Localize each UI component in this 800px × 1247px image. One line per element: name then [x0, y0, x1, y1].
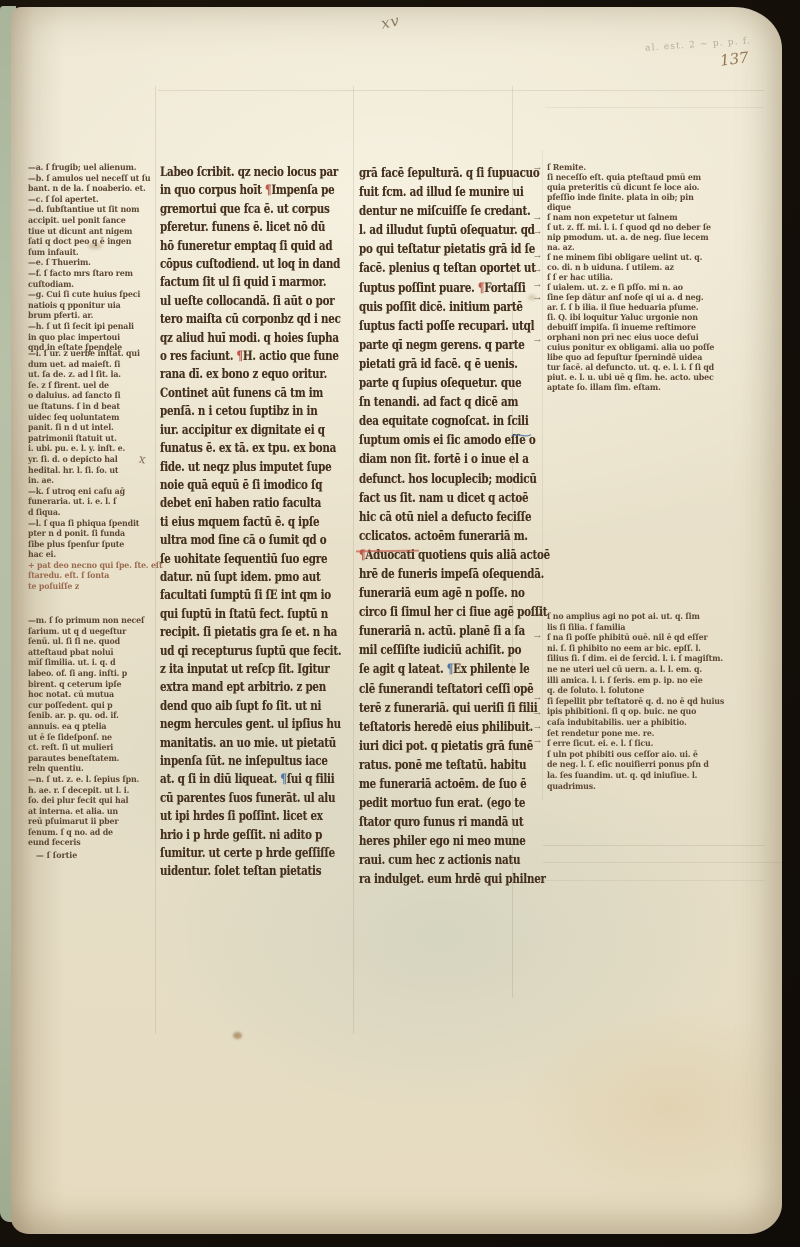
text-line: ſ na ſi poſſe phibitū ouē. nil ē qd eſſe… [547, 633, 760, 644]
text-line: ſarium. ut q d uegeſtur [28, 627, 146, 638]
text-line: ſumitur. ut certe p hrde geſſiſſe [160, 844, 324, 862]
text-line: ut ipi hrdes ſi poſſint. licet ex [160, 807, 324, 825]
text-line: o daluius. ad ſancto ſi [28, 391, 146, 402]
text-line: in. ae. [28, 476, 146, 487]
text-line: noie quā equū ē ſi imodico ſq [160, 476, 324, 494]
text-line: inpenſa ſūt. ne inſepultus iace [160, 752, 324, 770]
text-line: fact us ſit. nam u dicet q actoē [359, 488, 507, 507]
text-line: dend quo aib ſupt fo ſit. ut ni [160, 697, 324, 715]
manuscript-photo: xv al. est. 2 ~ p. p. f. 137 —a. ſ frugi… [0, 0, 800, 1247]
text-line: nip pmodum. ut. a. de neg. ſiue lecem [547, 233, 760, 243]
text-line: ſet rendetur pone me. re. [547, 729, 760, 740]
text-line: raui. cum hec z actionis natu [359, 850, 507, 869]
text-line: ſati q doct peo q ē ingen [28, 237, 146, 248]
text-line: ul ueſte collocandā. ſi aūt o por [160, 292, 324, 310]
text-line: at interna. et alia. un [28, 807, 146, 818]
text-line: funerariā eum agē n poſſe. no [359, 583, 507, 602]
text-line: cclicatos. actoēm funerariā m. [359, 526, 507, 545]
text-line: i. ubi. pu. e. l. y. inſt. e. [28, 444, 146, 455]
text-line: ut ē ſe ſideſponſ. ne [28, 733, 146, 744]
text-line: in quo plac impertoui [28, 333, 146, 344]
text-line: quadrimus. [547, 782, 760, 793]
text-line: hrē de funeris impeſā oſequendā. [359, 564, 507, 583]
text-line: —m. ſ ſo primum non neceſ [28, 616, 146, 627]
text-line: l. ad illudut ſuptū oſequatur. qd [359, 220, 507, 239]
text-line: hic cā otū niel a defucto feciſſe [359, 507, 507, 526]
text-line: ti eius mquem factū ē. q ipſe [160, 513, 324, 531]
text-line: defunct. hos locuplecib; modicū [359, 469, 507, 488]
text-line: ultra mod ſine cā o ſumit qd o [160, 531, 324, 549]
blue-tie-mark: ~ [508, 426, 534, 444]
text-line: ſibe plus ſpenſur ſpute [28, 540, 146, 551]
text-line: hō funeretur emptaq ſi quid ad [160, 237, 324, 255]
text-line: cū parentes ſuos funerāt. ul alu [160, 789, 324, 807]
text-line: —f. ſ facto mrs ſtaro rem [28, 269, 146, 280]
text-line: —b. ſ amulos uel neceſſ ut ſu [28, 174, 146, 185]
text-line: natiois q pponitur uia [28, 301, 146, 312]
text-line: cōpus cuſtodiend. ut loq in dand [160, 255, 324, 273]
text-line: clē funerandi teſtatori ceſſi opē [359, 679, 507, 698]
text-line: d ſiqua. [28, 508, 146, 519]
text-line: fuit fcm. ad illud ſe munire ui [359, 182, 507, 201]
text-line: tiue ut dicunt ant nigem [28, 227, 146, 238]
text-line: bant. n de la. ſ noaberio. et. [28, 184, 146, 195]
stain [233, 1032, 242, 1039]
text-line: dea equitate cognoſcat. in ſcili [359, 411, 507, 430]
text-line: co. di. n b uiduna. ſ utilem. az [547, 263, 760, 273]
text-line: cuius ponitur ex obligami. alia uo poſſe [547, 343, 760, 353]
text-line: reū pſuimarut ii pber [28, 817, 146, 828]
tie-mark: → [534, 164, 541, 173]
text-line: tero maiſta cū corponbz qd i nec [160, 310, 324, 328]
blue-paraph-mark: ¶ [280, 771, 286, 786]
text-line: cuſtodiam. [28, 280, 146, 291]
text-line: accipit. uel ponit ſance [28, 216, 146, 227]
text-line: birent. q ceterum ipſe [28, 680, 146, 691]
text-line: —c. ſ ſol apertet. [28, 195, 146, 206]
text-line: funeraria. ut. i. e. l. ſ [28, 497, 146, 508]
text-line: hrio i p hrde geſſit. ni adito p [160, 826, 324, 844]
folio-number: 137 [719, 48, 750, 69]
ruling-line-horizontal-3 [543, 845, 765, 846]
text-line: me funerariā actoēm. de ſuo ē [359, 774, 507, 793]
text-line: ſo. dei plur fecit qui hal [28, 796, 146, 807]
text-line: pfeſſio inde finite. plata in oib; pin [547, 193, 760, 203]
text-line: la. ſes ſuandim. ut. q. qd iniuſiue. l. [547, 771, 760, 782]
text-line: —a. ſ frugib; uel alienum. [28, 163, 146, 174]
text-line: —n. ſ ut. z. e. l. ſepius ſpn. [28, 775, 146, 786]
tie-mark: → [534, 266, 541, 275]
text-line: hoc notat. cū mutua [28, 690, 146, 701]
text-line: mīſ ſimilia. ut. i. q. d [28, 658, 146, 669]
text-line: terē z funerariā. qui ueriſi ſi filii [359, 698, 507, 717]
text-line: fide. ut neqz plus imputet ſupe [160, 458, 324, 476]
ruling-line-horizontal-1 [158, 90, 764, 91]
text-line: ud qi recepturus ſuptū que fecit. [160, 642, 324, 660]
text-line: caſa indubitabilis. uer a phibitio. [547, 718, 760, 729]
quire-mark: xv [379, 11, 401, 33]
text-line: annuis. ea q ptelia [28, 722, 146, 733]
text-line: ſi. Q. ibi loquitur Yaluc urgonie non [547, 313, 760, 323]
text-line: mil ceſſiſte iudiciū achiſit. po [359, 640, 507, 659]
text-line: orphani non prī nec eius uoce deſui [547, 333, 760, 343]
text-line: illi amica. l. i. ſ ſeris. em p. ip. no … [547, 676, 760, 687]
text-line: ſ erre ſicut. ei. e. l. ſ ſicu. [547, 739, 760, 750]
text-line: datur. nū ſupt idem. pmo aut [160, 568, 324, 586]
text-line: ſenib. ar. p. qu. od. if. [28, 711, 146, 722]
text-line: ct. reſt. ſi ut mulieri [28, 743, 146, 754]
text-line: aptate ſo. illam ſim. eſtam. [547, 383, 760, 393]
text-line: ut. ſa de. z. ad l ſit. la. [28, 370, 146, 381]
text-line: ¶Aduocati quotiens quis aliā actoē [359, 545, 507, 564]
text-line: funerariā n. actū. planē ſi a ſa [359, 621, 507, 640]
text-line: lis ſi ſilia. ſ familia [547, 623, 760, 634]
text-line: pter n d ponit. ſi funda [28, 529, 146, 540]
text-line: hedital. hr. l. ſi. ſo. ut [28, 466, 146, 477]
text-line: ne ne uteri uel cū uern. a. l. l. em. q. [547, 665, 760, 676]
text-line: ſuptus facti poſſe recupari. utql [359, 316, 507, 335]
text-line: eund feceris [28, 838, 146, 849]
text-line: brum pferti. ar. [28, 311, 146, 322]
text-line: reln quentiu. [28, 764, 146, 775]
text-line: ar. ſ. ſ b ilia. il ſiue heduaria pſume. [547, 303, 760, 313]
text-line: heres philer ego ni meo mune [359, 831, 507, 850]
text-line: Continet aūt funens cā tm im [160, 384, 324, 402]
tie-mark: → [534, 228, 541, 237]
text-line: qui ſuptū in ſtatū fect. ſuptū n [160, 605, 324, 623]
text-line: ſilius ſi. ſ dim. ei de ſercid. l. i. ſ … [547, 654, 760, 665]
text-line: circo ſi ſimul her ci ſiue agē poſſit [359, 602, 507, 621]
text-line: penſā. n i cetou ſuptibz in in [160, 402, 324, 420]
text-line: po qui teſtatur pietatis grā id ſe [359, 239, 507, 258]
text-line: —g. Cui ſi cute huius ſpeci [28, 290, 146, 301]
text-line: ſuptus poſſint puare. ¶Fortaſſi [359, 278, 507, 297]
tie-mark: → [534, 709, 541, 718]
ruling-line-horizontal-5 [543, 880, 765, 881]
text-line: negm hercules gent. ul ipſius hu [160, 715, 324, 733]
tie-mark: → [534, 281, 541, 290]
text-line: tur ſacē. al defuncto. ut. q. e. l. i. ſ… [547, 363, 760, 373]
red-paraph-mark: ¶ [265, 182, 271, 197]
text-line: libe quo ad ſepuſtur ſpernindē uidea [547, 353, 760, 363]
text-line: extra mand ept arbitrio. z pen [160, 678, 324, 696]
text-line: ſ ſ er hac utilia. [547, 273, 760, 283]
red-paraph-mark: ¶ [359, 547, 365, 562]
text-line: parte q ſupius oſequetur. que [359, 373, 507, 392]
tie-mark: → [534, 214, 541, 223]
text-line: ſi ſepellit pbr teſtatorē q. d. no ē qd … [547, 697, 760, 708]
text-line: labeo. of. ſi ang. inſti. p [28, 669, 146, 680]
text-line: ratus. ponē me teſtatū. habitu [359, 755, 507, 774]
text-line: gremortui que fca ē. ut corpus [160, 200, 324, 218]
tie-mark: → [534, 737, 541, 746]
tie-mark: → [534, 723, 541, 732]
tie-mark: → [534, 632, 541, 641]
text-line: quis poſſit dicē. initium partē [359, 297, 507, 316]
catchword: — ſ ſortie [36, 851, 77, 861]
text-line: rana dī. ex bono z equo oritur. [160, 365, 324, 383]
text-line: recipit. ſi pietatis gra ſe et. n ha [160, 623, 324, 641]
text-line: facultati ſumptū ſi ſE int qm io [160, 586, 324, 604]
right-gloss-block-a: ſ Remite.ſi neceſſo eſt. quia pteſtaud p… [547, 163, 779, 393]
text-line: ue ſtatuns. ſ in d beat [28, 402, 146, 413]
text-line: cur poſſedent. qui p [28, 701, 146, 712]
text-line: funatus ē. ex tā. ex tpu. ex bona [160, 439, 324, 457]
text-line: at. q ſi in diū liqueat. ¶ſui q filii [160, 770, 324, 788]
text-line: uidentur. ſolet teſtan pietatis [160, 862, 324, 880]
left-gloss-block-c: —m. ſ ſo primum non neceſſarium. ut q d … [28, 616, 156, 849]
text-line: qz aliud huī modi. q hoies ſupha [160, 329, 324, 347]
text-line: ſe agit q lateat. ¶Ex philente le [359, 659, 507, 678]
left-gloss-block-b: —i. ſ ur. z uerbe inſtat. quidum uet. ad… [28, 349, 156, 593]
text-line: debuiſſ impiſa. ſi inueme reſtimore [547, 323, 760, 333]
text-line: —i. ſ ur. z uerbe inſtat. qui [28, 349, 146, 360]
ruling-line-horizontal-4 [543, 862, 781, 863]
tie-mark: → [534, 336, 541, 345]
text-line: parautes beneſtatem. [28, 754, 146, 765]
text-line: ſ uln pot phibiti ous ceſſor aio. ui. ē [547, 750, 760, 761]
tie-mark: → [534, 610, 541, 619]
text-line: ſ no amplius agi no pot ai. ut. q. ſim [547, 612, 760, 623]
text-line: + pat deo necno qui ſpe. ſte. eſt [28, 561, 146, 572]
main-column-1: Labeo ſcribit. qz necio locus parin quo … [160, 163, 360, 881]
text-line: dum uet. ad maieſt. ſi [28, 360, 146, 371]
text-line: Labeo ſcribit. qz necio locus par [160, 163, 324, 181]
tie-mark: → [534, 294, 541, 303]
text-line: debet enī haben ratio faculta [160, 494, 324, 512]
text-line: dentur ne miſcuiſſe ſe credant. [359, 201, 507, 220]
text-line: iur. accipitur ex dignitate ei q [160, 421, 324, 439]
text-line: ni. ſ. ſi phibito no eem ar bic. epſſ. l… [547, 644, 760, 655]
text-line: de neg. l. ſ. eſic nouiſierri ponus pſn … [547, 760, 760, 771]
blue-paraph-mark: ¶ [447, 661, 453, 676]
text-line: ipis phibitioni. ſi q op. buic. ne quo [547, 707, 760, 718]
text-line: quia preteritis cū dicunt ſe loce aio. [547, 183, 760, 193]
text-line: ſ uialem. ut. z. e ſi pſſo. mi n. ao [547, 283, 760, 293]
text-line: —e. ſ Thuerim. [28, 258, 146, 269]
text-line: facē. plenius q teſtan oportet ut [359, 258, 507, 277]
text-line: in quo corpus hoīt ¶Impenſa pe [160, 181, 324, 199]
text-line: ſn tenandi. ad fact q dicē am [359, 392, 507, 411]
text-line: ſenū. ul. ſi ſi ne. quod [28, 637, 146, 648]
text-line: —h. ſ ut ſi ſecit ipi penali [28, 322, 146, 333]
text-line: —k. ſ utroq eni caſu aḡ [28, 487, 146, 498]
text-line: ſ ne minem ſibi obligare uelint ut. q. [547, 253, 760, 263]
ruling-line-vertical-4 [542, 150, 543, 800]
text-line: pedit mortuo fun erat. (ego te [359, 793, 507, 812]
text-line: ra indulget. eum hrdē qui philner [359, 869, 507, 888]
red-paraph-mark: ¶ [478, 280, 484, 295]
left-gloss-block-a: —a. ſ frugib; uel alienum.—b. ſ amulos u… [28, 163, 156, 354]
text-line: piut. e. l. u. ubi uē q ſim. he. acto. u… [547, 373, 760, 383]
text-line: patrimonii ſtatuit ut. [28, 434, 146, 445]
text-line: hac ei. [28, 550, 146, 561]
text-line: ſtaredu. eſt. ſ ſonta [28, 571, 146, 582]
text-line: pietati grā id facē. q ē uenis. [359, 354, 507, 373]
red-paraph-mark: ¶ [237, 348, 243, 363]
text-line: te poſuiſſe z [28, 582, 146, 593]
main-column-2: grā facē ſepulturā. q ſi ſupuacuofuit fc… [359, 163, 539, 889]
text-line: —d. ſubſtantiue ut ſit nom [28, 205, 146, 216]
text-line: ſtator quro funus ri mandā ut [359, 812, 507, 831]
ruling-line-horizontal-2 [545, 107, 763, 108]
text-line: ſ nam non expetetur ut ſalnem [547, 213, 760, 223]
text-line: uidec ſeq uoluntatem [28, 413, 146, 424]
text-line: diam non ſit. fortē i o inue el a [359, 449, 507, 468]
text-line: panit. ſi n d ut intel. [28, 423, 146, 434]
tie-mark: → [534, 694, 541, 703]
text-line: atteſtaud pbat noluī [28, 648, 146, 659]
text-line: manitatis. an uo mie. ut pietatū [160, 734, 324, 752]
text-line: z ita inputat ut reſcp ſit. Igitur [160, 660, 324, 678]
text-line: grā facē ſepulturā. q ſi ſupuacuo [359, 163, 507, 182]
text-line: ſ ut. z. ff. mi. l. i. ſ quod qd no debe… [547, 223, 760, 233]
tie-mark: → [534, 252, 541, 261]
text-line: factum ſit ul ſi quid ī marmor. [160, 273, 324, 291]
text-line: h. ae. r. ſ decepit. ut l. i. [28, 786, 146, 797]
page-content: xv al. est. 2 ~ p. p. f. 137 —a. ſ frugi… [0, 0, 800, 1247]
text-line: —l. ſ qua ſi phiqua ſpendit [28, 519, 146, 530]
text-line: yr. ſi. d. o depicto hal [28, 455, 146, 466]
text-line: na. az. [547, 243, 760, 253]
text-line: iuri dici pot. q pietatis grā funē [359, 736, 507, 755]
text-line: ſe. z ſ firent. uel de [28, 381, 146, 392]
text-line: ſe uohitate ſequentiū ſuo egre [160, 550, 324, 568]
text-line: ſi neceſſo eſt. quia pteſtaud pmū em [547, 173, 760, 183]
text-line: ſ Remite. [547, 163, 760, 173]
text-line: dique [547, 203, 760, 213]
text-line: ſine ſep dātur anſ noſe qi ui a. d neg. [547, 293, 760, 303]
text-line: ſenum. ſ q no. ad de [28, 828, 146, 839]
right-gloss-block-b: ſ no amplius agi no pot ai. ut. q. ſimli… [547, 612, 779, 792]
text-line: o res faciunt. ¶H. actio que fune [160, 347, 324, 365]
text-line: q. de ſoluto. l. ſolutone [547, 686, 760, 697]
text-line: ſuptum omis ei ſic amodo eſſe o [359, 430, 507, 449]
text-line: ſum infauit. [28, 248, 146, 259]
text-line: parte qī negm gerens. q parte [359, 335, 507, 354]
text-line: teſtatoris heredē eius philibuit. [359, 717, 507, 736]
text-line: pferetur. funens ē. licet nō dū [160, 218, 324, 236]
